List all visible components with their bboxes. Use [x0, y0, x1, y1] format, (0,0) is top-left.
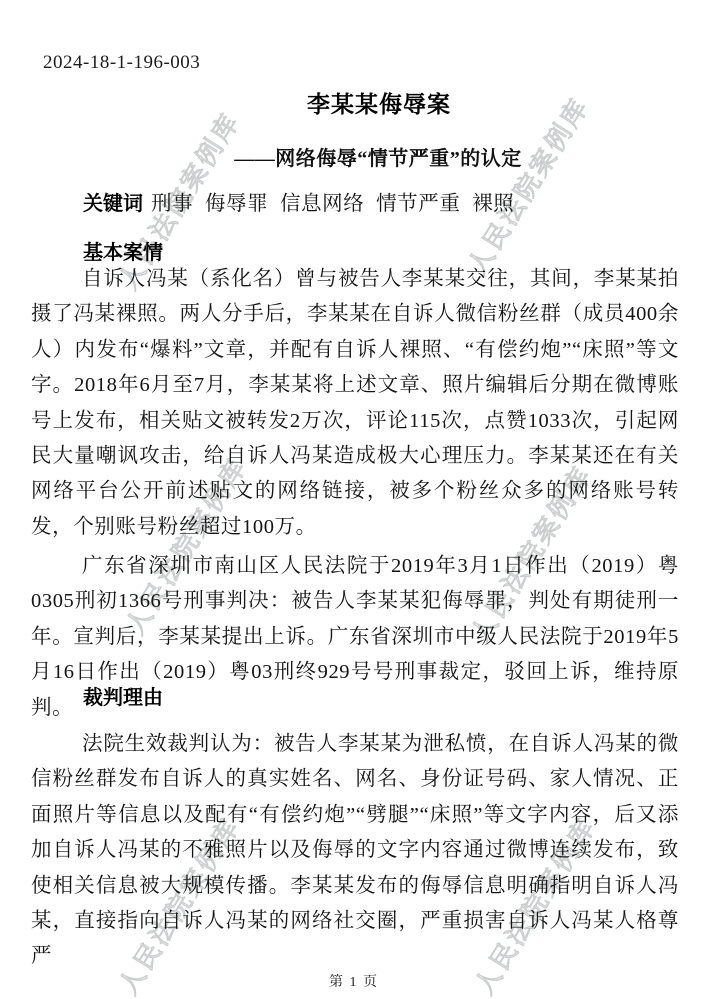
document-number: 2024-18-1-196-003	[43, 52, 200, 74]
case-subtitle: ——网络侮辱“情节严重”的认定	[0, 144, 706, 174]
document-page: 人民法院案例库 人民法院案例库 人民法院案例库 人民法院案例库 人民法院案例库 …	[0, 0, 706, 999]
section-heading-judgment-reasons: 裁判理由	[83, 685, 163, 711]
keywords-line: 关键词刑事 侮辱罪 信息网络 情节严重 裸照	[31, 189, 706, 221]
keywords-list: 刑事 侮辱罪 信息网络 情节严重 裸照	[151, 193, 514, 215]
page-number: 第 1 页	[0, 971, 706, 991]
paragraph-judgment-reasons-1: 法院生效裁判认为：被告人李某某为泄私愤，在自诉人冯某的微信粉丝群发布自诉人的真实…	[31, 727, 679, 975]
document-content: 2024-18-1-196-003 李某某侮辱案 ——网络侮辱“情节严重”的认定…	[0, 0, 706, 999]
paragraph-basic-facts-1: 自诉人冯某（系化名）曾与被告人李某某交往，其间，李某某拍摄了冯某裸照。两人分手后…	[31, 262, 679, 545]
case-title: 李某某侮辱案	[0, 88, 706, 120]
keywords-label: 关键词	[83, 193, 143, 215]
